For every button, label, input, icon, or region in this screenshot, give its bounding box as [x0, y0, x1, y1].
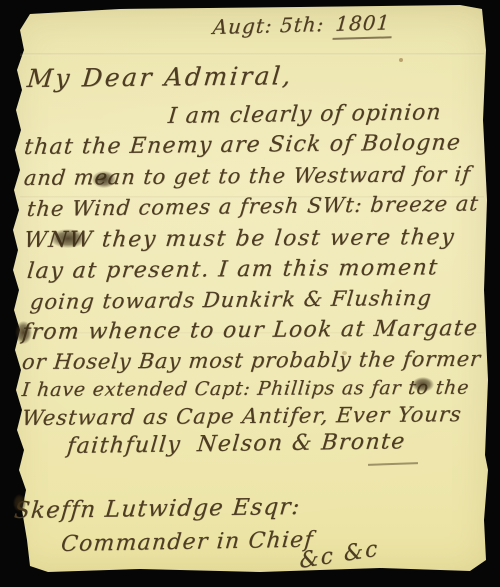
dateline: Augt: 5th:1801 [212, 12, 393, 37]
recipient-name: Skeffn Lutwidge Esqr: [13, 496, 302, 523]
dateline-prefix: Augt: 5th: [212, 12, 325, 39]
dateline-year: 1801 [332, 10, 393, 40]
body-line-9: or Hosely Bay most probably the former [21, 349, 482, 373]
body-line-3: and mean to get to the Westward for if [23, 164, 472, 189]
body-line-11: Westward as Cape Antifer, Ever Yours [21, 404, 463, 429]
body-line-10: I have extended Capt: Phillips as far to… [21, 379, 470, 400]
letter-photograph: Augt: 5th:1801 My Dear Admiral, I am cle… [0, 0, 500, 587]
salutation: My Dear Admiral, [26, 63, 294, 91]
signature: Nelson & Bronte [196, 429, 407, 457]
signature-line: faithfullyNelson & Bronte [66, 431, 407, 458]
body-line-2: that the Enemy are Sick of Bologne [23, 132, 462, 159]
body-line-7: going towards Dunkirk & Flushing [29, 288, 433, 313]
body-line-4: the Wind comes a fresh SWt: breeze at [26, 193, 480, 220]
closing-word: faithfully [66, 432, 182, 459]
body-line-8: from whence to our Look at Margate [21, 318, 479, 344]
body-line-1: I am clearly of opinion [167, 102, 442, 128]
body-line-5: WNW they must be lost were they [23, 227, 456, 252]
body-line-6: lay at present. I am this moment [26, 257, 440, 283]
recipient-title: Commander in Chief [60, 530, 315, 556]
